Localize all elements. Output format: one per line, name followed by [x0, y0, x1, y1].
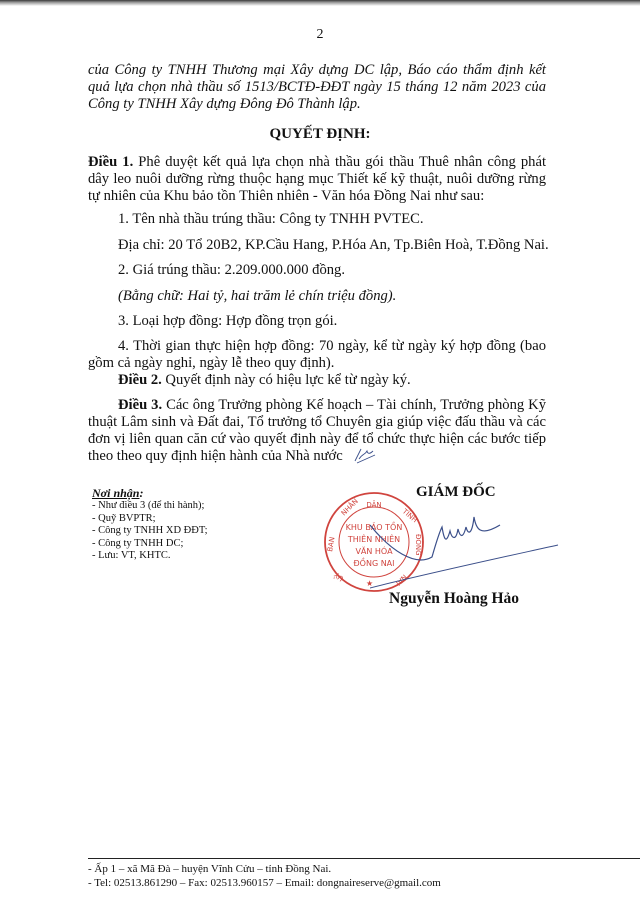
- recipient-item: - Lưu: VT, KHTC.: [92, 550, 208, 563]
- recipients-heading: Nơi nhận:: [92, 486, 208, 500]
- page-number: 2: [0, 27, 640, 43]
- signatory-title: GIÁM ĐỐC: [416, 484, 496, 501]
- winning-price: 2. Giá trúng thầu: 2.209.000.000 đồng.: [118, 262, 345, 279]
- article-1: Điều 1. Phê duyệt kết quả lựa chọn nhà t…: [88, 154, 546, 205]
- contractor-name: 1. Tên nhà thầu trúng thầu: Công ty TNHH…: [118, 211, 424, 228]
- article-2-label: Điều 2.: [118, 372, 162, 388]
- contractor-address: Địa chỉ: 20 Tổ 20B2, KP.Cầu Hang, P.Hóa …: [118, 237, 549, 254]
- price-in-words: (Bằng chữ: Hai tỷ, hai trăm lẻ chín triệ…: [118, 288, 396, 305]
- signature-icon: [370, 505, 560, 600]
- article-3: Điều 3. Các ông Trưởng phòng Kế hoạch – …: [88, 397, 546, 465]
- article-2-text: Quyết định này có hiệu lực kể từ ngày ký…: [162, 372, 411, 388]
- recipient-item: - Như điều 3 (để thi hành);: [92, 500, 208, 513]
- recipient-item: - Công ty TNHH DC;: [92, 538, 208, 551]
- article-1-label: Điều 1.: [88, 154, 133, 170]
- contract-type: 3. Loại hợp đồng: Hợp đồng trọn gói.: [118, 313, 337, 330]
- window-top-edge: [0, 0, 640, 6]
- contract-duration: 4. Thời gian thực hiện hợp đồng: 70 ngày…: [88, 338, 546, 372]
- initials-mark-icon: [353, 445, 379, 465]
- recipient-item: - Quỹ BVPTR;: [92, 513, 208, 526]
- article-3-label: Điều 3.: [118, 397, 162, 413]
- decision-title: QUYẾT ĐỊNH:: [0, 126, 640, 143]
- footer-address: - Ấp 1 – xã Mã Đà – huyện Vĩnh Cửu – tỉn…: [88, 862, 441, 876]
- footer-contact: - Tel: 02513.861290 – Fax: 02513.960157 …: [88, 876, 441, 890]
- recipients-block: Nơi nhận: - Như điều 3 (để thi hành); - …: [92, 486, 208, 563]
- article-1-text: Phê duyệt kết quả lựa chọn nhà thầu gói …: [88, 154, 546, 204]
- signatory-name: Nguyễn Hoàng Hảo: [389, 590, 519, 608]
- footer-divider: [88, 858, 640, 859]
- footer: - Ấp 1 – xã Mã Đà – huyện Vĩnh Cửu – tỉn…: [88, 862, 441, 890]
- intro-paragraph: của Công ty TNHH Thương mại Xây dựng DC …: [88, 62, 546, 113]
- svg-text:UỶ: UỶ: [332, 570, 346, 583]
- recipient-item: - Công ty TNHH XD ĐĐT;: [92, 525, 208, 538]
- article-2: Điều 2. Quyết định này có hiệu lực kể từ…: [88, 372, 546, 389]
- svg-text:BAN: BAN: [326, 536, 336, 552]
